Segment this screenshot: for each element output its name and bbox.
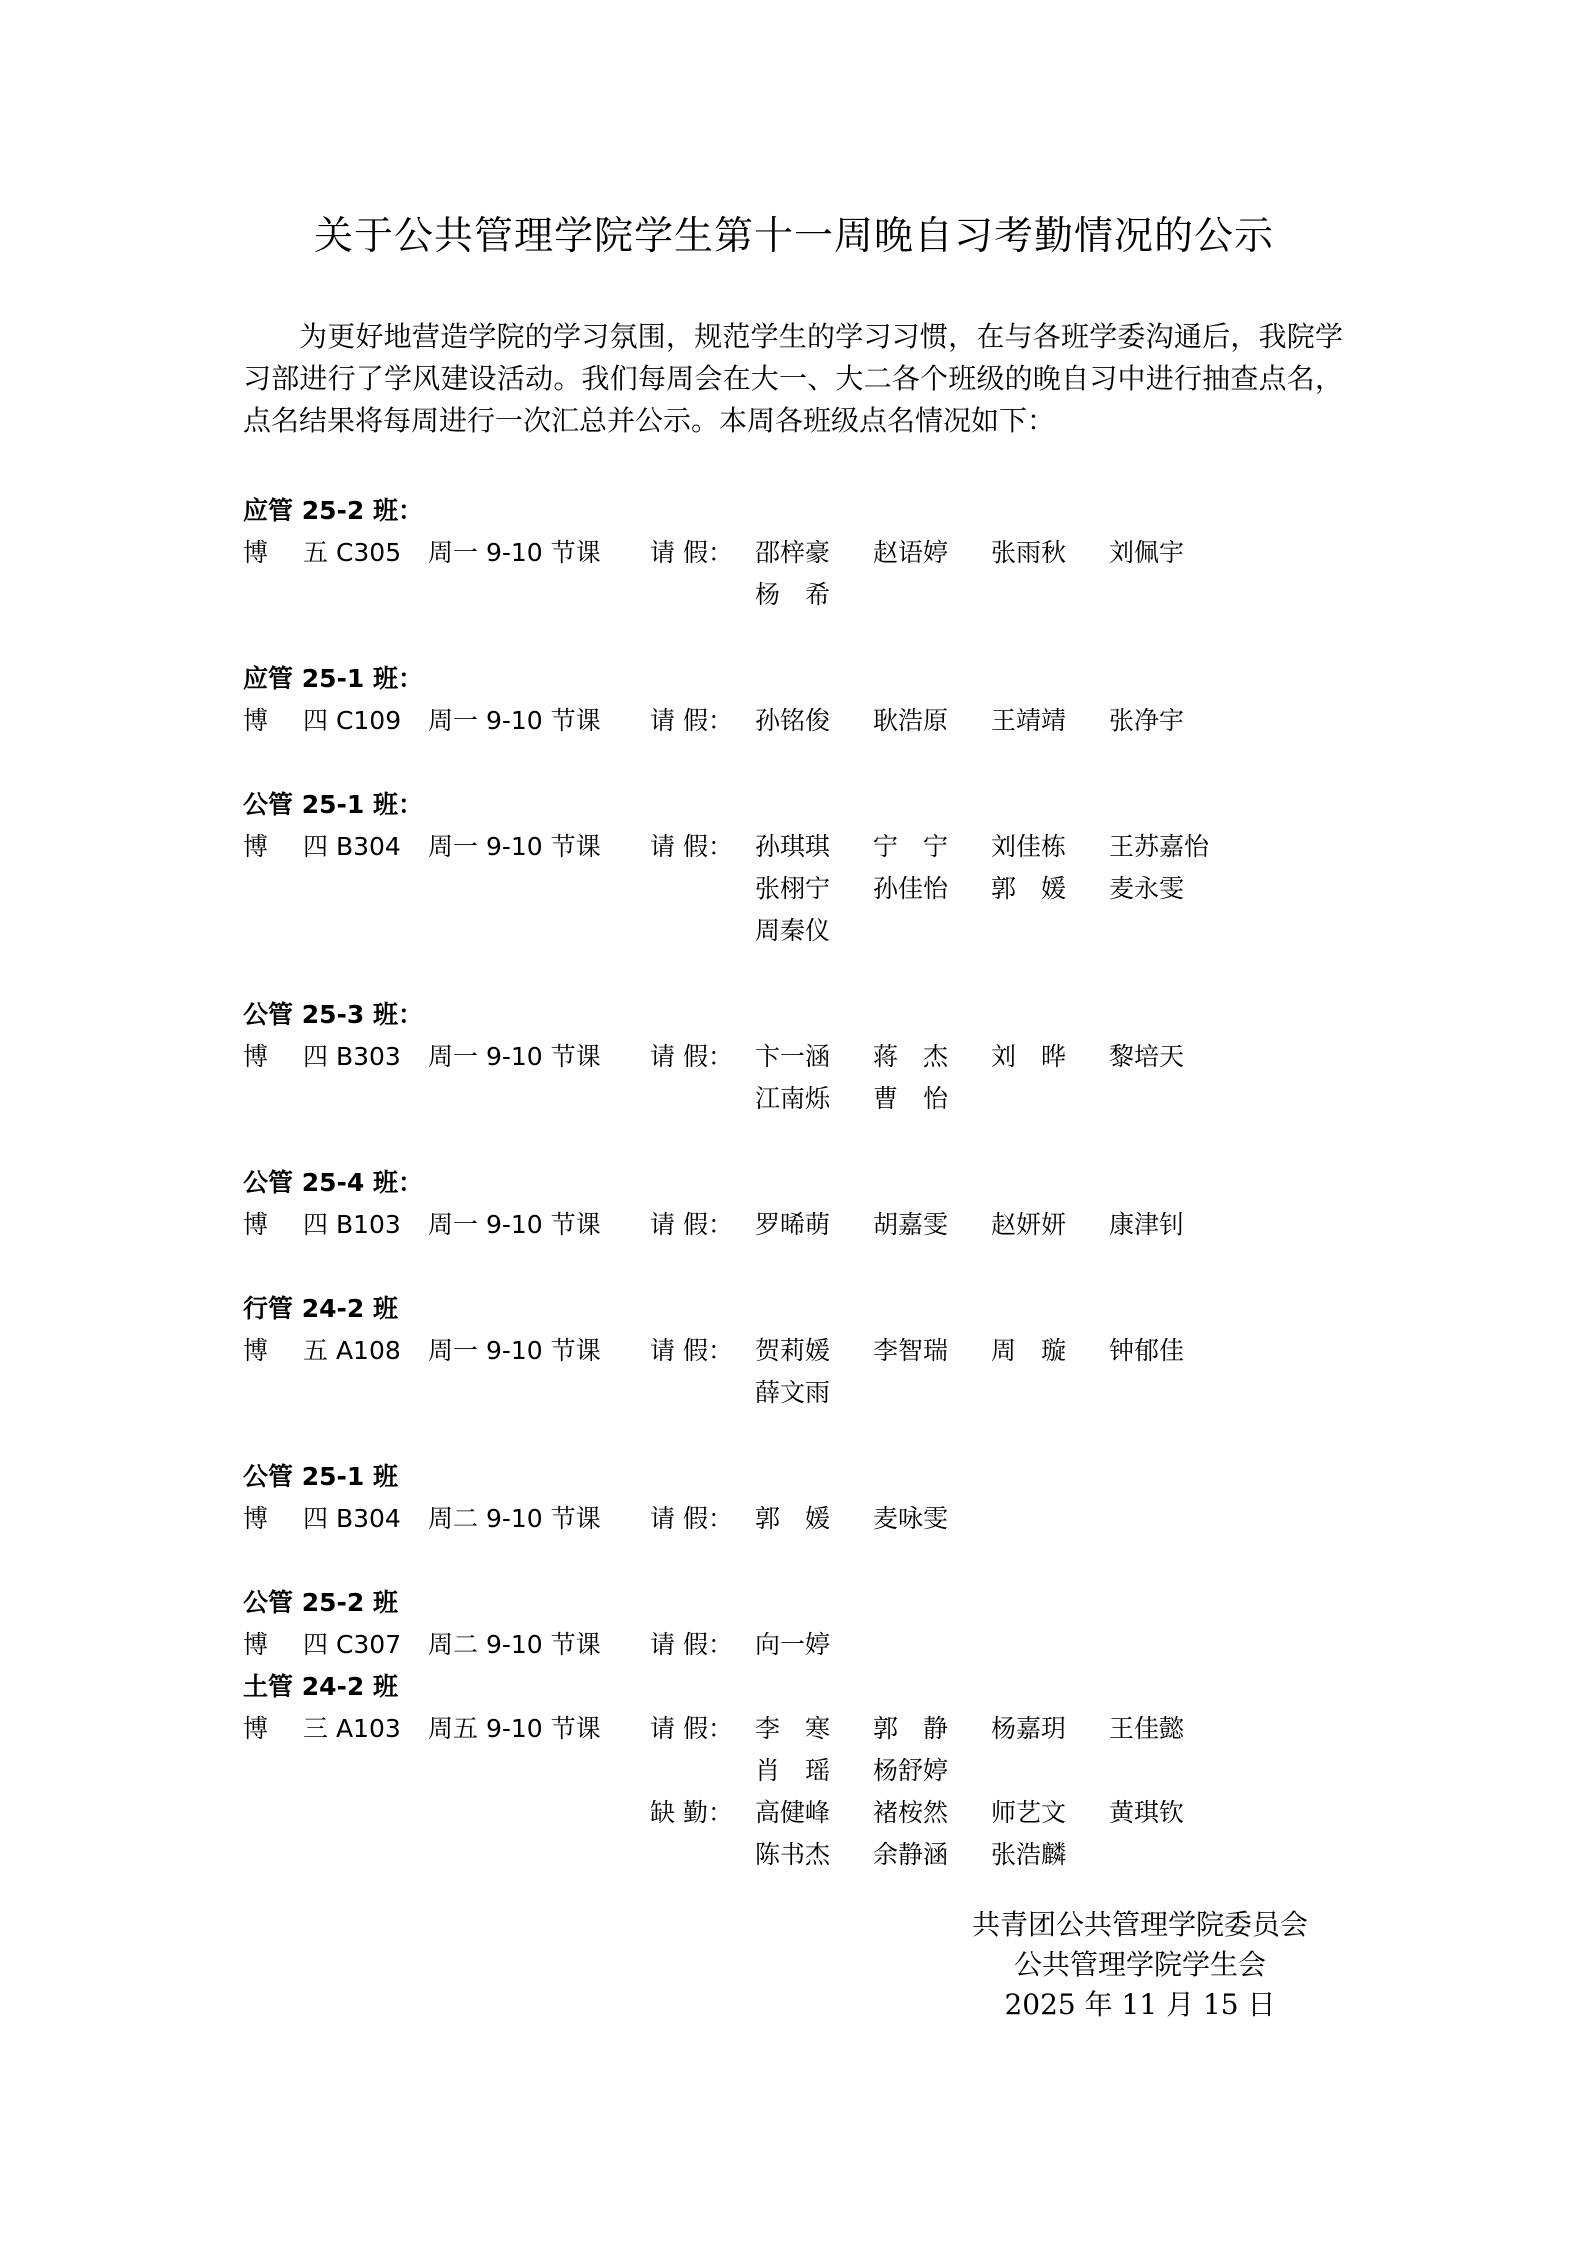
- student-name: 杨 希: [755, 574, 873, 616]
- attendance-sections: 应管 25-2 班：博五 C305周一 9-10 节课请 假：邵梓豪赵语婷张雨秋…: [243, 490, 1343, 1918]
- status-label: 请 假：: [650, 1624, 755, 1666]
- attendance-row: 博三 A103周五 9-10 节课请 假：李 寒郭 静杨嘉玥王佳懿肖 瑶杨舒婷: [243, 1708, 1343, 1792]
- signature-org-league: 共青团公共管理学院委员会: [900, 1905, 1380, 1945]
- student-name: 蒋 杰: [873, 1036, 991, 1078]
- student-name-list: 邵梓豪赵语婷张雨秋刘佩宇杨 希: [755, 532, 1235, 616]
- student-name: 褚桉然: [873, 1792, 991, 1834]
- student-name: 邵梓豪: [755, 532, 873, 574]
- class-name-heading: 公管 25-2 班: [243, 1582, 1343, 1624]
- status-label: 请 假：: [650, 1036, 755, 1120]
- student-name: 江南烁: [755, 1078, 873, 1120]
- student-name: 杨舒婷: [873, 1750, 991, 1792]
- student-name: 张栩宁: [755, 868, 873, 910]
- attendance-row: 博四 B304周二 9-10 节课请 假：郭 媛麦咏雯: [243, 1498, 1343, 1540]
- student-name: 薛文雨: [755, 1372, 873, 1414]
- student-name-list: 高健峰褚桉然师艺文黄琪钦陈书杰余静涵张浩麟: [755, 1792, 1235, 1876]
- student-name: 孙佳怡: [873, 868, 991, 910]
- class-section: 行管 24-2 班博五 A108周一 9-10 节课请 假：贺莉媛李智瑞周 璇钟…: [243, 1288, 1343, 1414]
- room: 三 A103: [303, 1708, 428, 1792]
- student-name: 赵妍妍: [991, 1204, 1109, 1246]
- status-label: 缺 勤：: [650, 1792, 755, 1876]
- student-name: 杨嘉玥: [991, 1708, 1109, 1750]
- student-name: 郭 媛: [991, 868, 1109, 910]
- class-name-heading: 公管 25-3 班：: [243, 994, 1343, 1036]
- attendance-row: 博五 A108周一 9-10 节课请 假：贺莉媛李智瑞周 璇钟郁佳薛文雨: [243, 1330, 1343, 1414]
- attendance-row: 博四 B303周一 9-10 节课请 假：卞一涵蒋 杰刘 晔黎培天江南烁曹 怡: [243, 1036, 1343, 1120]
- spacer: [243, 1792, 303, 1876]
- student-name: 康津钊: [1109, 1204, 1227, 1246]
- student-name: 郭 媛: [755, 1498, 873, 1540]
- status-label: 请 假：: [650, 700, 755, 742]
- signature-org-union: 公共管理学院学生会: [900, 1945, 1380, 1985]
- student-name: 李 寒: [755, 1708, 873, 1750]
- student-name: 余静涵: [873, 1834, 991, 1876]
- building: 博: [243, 700, 303, 742]
- attendance-row: 博四 B304周一 9-10 节课请 假：孙琪琪宁 宁刘佳栋王苏嘉怡张栩宁孙佳怡…: [243, 826, 1343, 952]
- class-name-heading: 公管 25-1 班：: [243, 784, 1343, 826]
- class-period: 周二 9-10 节课: [428, 1624, 650, 1666]
- status-label: 请 假：: [650, 1204, 755, 1246]
- student-name: 孙铭俊: [755, 700, 873, 742]
- student-name: 刘佳栋: [991, 826, 1109, 868]
- student-name-list: 卞一涵蒋 杰刘 晔黎培天江南烁曹 怡: [755, 1036, 1235, 1120]
- student-name: 师艺文: [991, 1792, 1109, 1834]
- status-label: 请 假：: [650, 1708, 755, 1792]
- student-name: 向一婷: [755, 1624, 873, 1666]
- class-section: 公管 25-3 班：博四 B303周一 9-10 节课请 假：卞一涵蒋 杰刘 晔…: [243, 994, 1343, 1120]
- class-name-heading: 应管 25-2 班：: [243, 490, 1343, 532]
- signature-date: 2025 年 11 月 15 日: [900, 1985, 1380, 2025]
- student-name: 麦咏雯: [873, 1498, 991, 1540]
- student-name-list: 罗晞萌胡嘉雯赵妍妍康津钊: [755, 1204, 1235, 1246]
- room: 四 B303: [303, 1036, 428, 1120]
- student-name: 刘佩宇: [1109, 532, 1227, 574]
- student-name: 赵语婷: [873, 532, 991, 574]
- attendance-row: 博四 C109周一 9-10 节课请 假：孙铭俊耿浩原王靖靖张净宇: [243, 700, 1343, 742]
- class-name-heading: 公管 25-4 班：: [243, 1162, 1343, 1204]
- class-period: 周五 9-10 节课: [428, 1708, 650, 1792]
- student-name: 高健峰: [755, 1792, 873, 1834]
- document-title: 关于公共管理学院学生第十一周晚自习考勤情况的公示: [0, 205, 1588, 261]
- student-name: 卞一涵: [755, 1036, 873, 1078]
- status-label: 请 假：: [650, 1498, 755, 1540]
- class-period: 周一 9-10 节课: [428, 1204, 650, 1246]
- student-name-list: 孙铭俊耿浩原王靖靖张净宇: [755, 700, 1235, 742]
- class-name-heading: 应管 25-1 班：: [243, 658, 1343, 700]
- student-name: 王靖靖: [991, 700, 1109, 742]
- class-period: 周一 9-10 节课: [428, 1330, 650, 1414]
- student-name: 张雨秋: [991, 532, 1109, 574]
- class-name-heading: 行管 24-2 班: [243, 1288, 1343, 1330]
- class-period: 周一 9-10 节课: [428, 1036, 650, 1120]
- student-name-list: 李 寒郭 静杨嘉玥王佳懿肖 瑶杨舒婷: [755, 1708, 1235, 1792]
- attendance-row: 博四 B103周一 9-10 节课请 假：罗晞萌胡嘉雯赵妍妍康津钊: [243, 1204, 1343, 1246]
- student-name: 周 璇: [991, 1330, 1109, 1372]
- class-section: 公管 25-4 班：博四 B103周一 9-10 节课请 假：罗晞萌胡嘉雯赵妍妍…: [243, 1162, 1343, 1246]
- class-period: 周一 9-10 节课: [428, 700, 650, 742]
- student-name: 黎培天: [1109, 1036, 1227, 1078]
- intro-text: 为更好地营造学院的学习氛围，规范学生的学习习惯，在与各班学委沟通后，我院学习部进…: [243, 316, 1343, 442]
- class-section: 公管 25-1 班博四 B304周二 9-10 节课请 假：郭 媛麦咏雯: [243, 1456, 1343, 1540]
- student-name: 陈书杰: [755, 1834, 873, 1876]
- spacer: [303, 1792, 428, 1876]
- status-label: 请 假：: [650, 532, 755, 616]
- spacer: [428, 1792, 650, 1876]
- building: 博: [243, 1330, 303, 1414]
- room: 四 C307: [303, 1624, 428, 1666]
- room: 五 C305: [303, 532, 428, 616]
- student-name-list: 向一婷: [755, 1624, 1235, 1666]
- student-name: 王佳懿: [1109, 1708, 1227, 1750]
- room: 四 C109: [303, 700, 428, 742]
- attendance-row: 博五 C305周一 9-10 节课请 假：邵梓豪赵语婷张雨秋刘佩宇杨 希: [243, 532, 1343, 616]
- building: 博: [243, 532, 303, 616]
- student-name: 麦永雯: [1109, 868, 1227, 910]
- signature-block: 共青团公共管理学院委员会 公共管理学院学生会 2025 年 11 月 15 日: [900, 1905, 1380, 2025]
- class-period: 周二 9-10 节课: [428, 1498, 650, 1540]
- student-name: 孙琪琪: [755, 826, 873, 868]
- building: 博: [243, 826, 303, 952]
- student-name: 周秦仪: [755, 910, 873, 952]
- student-name: 贺莉媛: [755, 1330, 873, 1372]
- student-name: 郭 静: [873, 1708, 991, 1750]
- student-name: 曹 怡: [873, 1078, 991, 1120]
- student-name-list: 孙琪琪宁 宁刘佳栋王苏嘉怡张栩宁孙佳怡郭 媛麦永雯周秦仪: [755, 826, 1235, 952]
- student-name: 张净宇: [1109, 700, 1227, 742]
- status-label: 请 假：: [650, 826, 755, 952]
- student-name: 刘 晔: [991, 1036, 1109, 1078]
- student-name: 胡嘉雯: [873, 1204, 991, 1246]
- student-name-list: 郭 媛麦咏雯: [755, 1498, 1235, 1540]
- student-name: 王苏嘉怡: [1109, 826, 1227, 868]
- class-section: 土管 24-2 班博三 A103周五 9-10 节课请 假：李 寒郭 静杨嘉玥王…: [243, 1666, 1343, 1876]
- student-name: 张浩麟: [991, 1834, 1109, 1876]
- class-name-heading: 公管 25-1 班: [243, 1456, 1343, 1498]
- student-name-list: 贺莉媛李智瑞周 璇钟郁佳薛文雨: [755, 1330, 1235, 1414]
- building: 博: [243, 1036, 303, 1120]
- class-section: 公管 25-2 班博四 C307周二 9-10 节课请 假：向一婷: [243, 1582, 1343, 1666]
- room: 四 B304: [303, 826, 428, 952]
- building: 博: [243, 1624, 303, 1666]
- student-name: 耿浩原: [873, 700, 991, 742]
- student-name: 肖 瑶: [755, 1750, 873, 1792]
- building: 博: [243, 1498, 303, 1540]
- room: 四 B304: [303, 1498, 428, 1540]
- class-section: 应管 25-1 班：博四 C109周一 9-10 节课请 假：孙铭俊耿浩原王靖靖…: [243, 658, 1343, 742]
- student-name: 宁 宁: [873, 826, 991, 868]
- class-period: 周一 9-10 节课: [428, 826, 650, 952]
- class-section: 公管 25-1 班：博四 B304周一 9-10 节课请 假：孙琪琪宁 宁刘佳栋…: [243, 784, 1343, 952]
- status-label: 请 假：: [650, 1330, 755, 1414]
- building: 博: [243, 1708, 303, 1792]
- class-name-heading: 土管 24-2 班: [243, 1666, 1343, 1708]
- student-name: 钟郁佳: [1109, 1330, 1227, 1372]
- student-name: 罗晞萌: [755, 1204, 873, 1246]
- class-section: 应管 25-2 班：博五 C305周一 9-10 节课请 假：邵梓豪赵语婷张雨秋…: [243, 490, 1343, 616]
- student-name: 李智瑞: [873, 1330, 991, 1372]
- room: 五 A108: [303, 1330, 428, 1414]
- building: 博: [243, 1204, 303, 1246]
- attendance-row: 博四 C307周二 9-10 节课请 假：向一婷: [243, 1624, 1343, 1666]
- intro-paragraph: 为更好地营造学院的学习氛围，规范学生的学习习惯，在与各班学委沟通后，我院学习部进…: [243, 316, 1343, 442]
- room: 四 B103: [303, 1204, 428, 1246]
- attendance-row: 缺 勤：高健峰褚桉然师艺文黄琪钦陈书杰余静涵张浩麟: [243, 1792, 1343, 1876]
- student-name: 黄琪钦: [1109, 1792, 1227, 1834]
- class-period: 周一 9-10 节课: [428, 532, 650, 616]
